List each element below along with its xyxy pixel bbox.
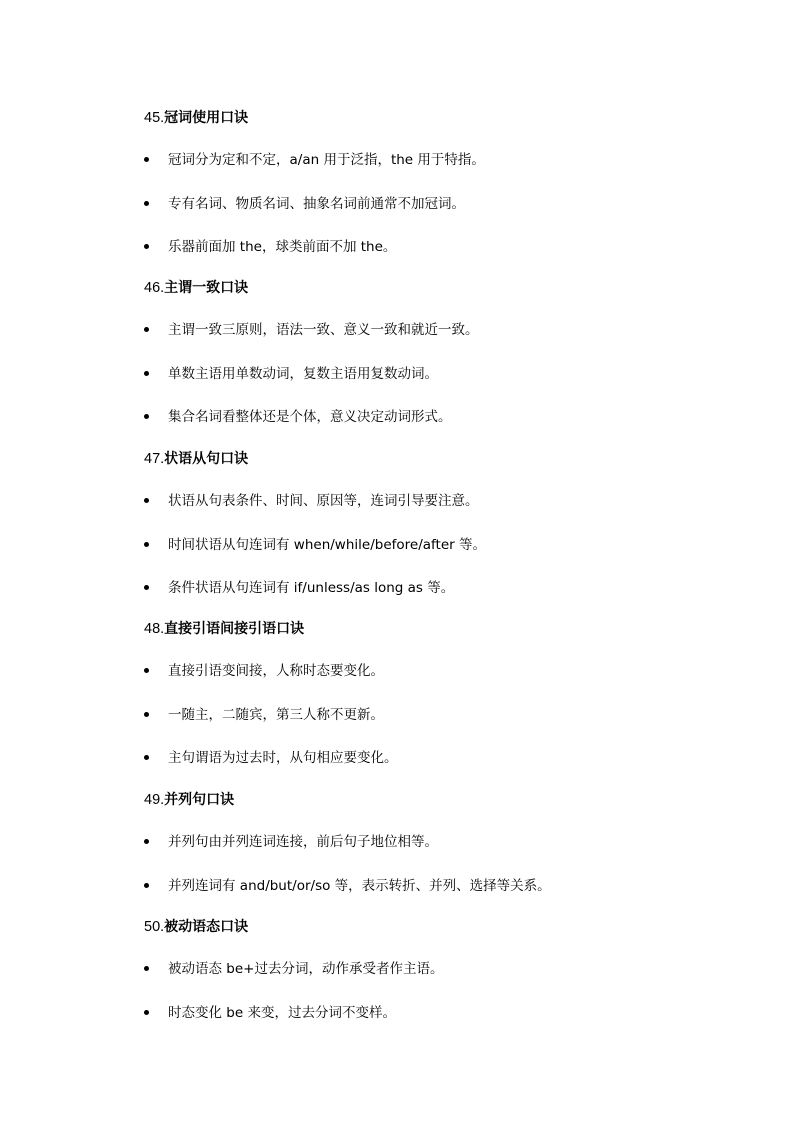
list-item-text: 主句谓语为过去时，从句相应要变化。 (168, 748, 398, 768)
list-item-text: 专有名词、物质名词、抽象名词前通常不加冠词。 (168, 194, 465, 214)
section-heading: 50.被动语态口诀 (144, 917, 248, 937)
document-page: 45.冠词使用口诀 冠词分为定和不定，a/an 用于泛指，the 用于特指。 专… (0, 0, 794, 1123)
list-item-text: 时态变化 be 来变，过去分词不变样。 (168, 1003, 396, 1023)
list-item-text: 时间状语从句连词有 when/while/before/after 等。 (168, 535, 486, 555)
bullet-icon (144, 585, 149, 590)
list-item-text: 并列句由并列连词连接，前后句子地位相等。 (168, 832, 438, 852)
bullet-icon (144, 1010, 149, 1015)
section-title: 直接引语间接引语口诀 (164, 621, 304, 637)
list-item-text: 主谓一致三原则，语法一致、意义一致和就近一致。 (168, 320, 479, 340)
section-number: 46. (144, 280, 164, 296)
list-item-text: 冠词分为定和不定，a/an 用于泛指，the 用于特指。 (168, 150, 485, 170)
section-title: 并列句口诀 (164, 792, 234, 808)
section-heading: 47.状语从句口诀 (144, 449, 248, 469)
section-heading: 49.并列句口诀 (144, 790, 234, 810)
list-item-text: 条件状语从句连词有 if/unless/as long as 等。 (168, 578, 454, 598)
list-item-text: 集合名词看整体还是个体，意义决定动词形式。 (168, 407, 452, 427)
bullet-icon (144, 244, 149, 249)
section-title: 状语从句口诀 (164, 451, 248, 467)
section-number: 47. (144, 451, 164, 467)
list-item-text: 被动语态 be+过去分词，动作承受者作主语。 (168, 959, 443, 979)
bullet-icon (144, 201, 149, 206)
list-item-text: 单数主语用单数动词，复数主语用复数动词。 (168, 364, 438, 384)
bullet-icon (144, 157, 149, 162)
section-number: 48. (144, 621, 164, 637)
list-item-text: 一随主，二随宾，第三人称不更新。 (168, 705, 384, 725)
section-title: 被动语态口诀 (164, 919, 248, 935)
section-number: 49. (144, 792, 164, 808)
list-item-text: 并列连词有 and/but/or/so 等，表示转折、并列、选择等关系。 (168, 876, 551, 896)
section-heading: 46.主谓一致口诀 (144, 278, 248, 298)
bullet-icon (144, 712, 149, 717)
bullet-icon (144, 414, 149, 419)
bullet-icon (144, 542, 149, 547)
bullet-icon (144, 327, 149, 332)
bullet-icon (144, 755, 149, 760)
section-number: 45. (144, 110, 164, 126)
bullet-icon (144, 371, 149, 376)
bullet-icon (144, 498, 149, 503)
section-heading: 45.冠词使用口诀 (144, 108, 248, 128)
section-number: 50. (144, 919, 164, 935)
section-title: 主谓一致口诀 (164, 280, 248, 296)
bullet-icon (144, 668, 149, 673)
bullet-icon (144, 839, 149, 844)
list-item-text: 乐器前面加 the，球类前面不加 the。 (168, 237, 396, 257)
list-item-text: 直接引语变间接，人称时态要变化。 (168, 661, 384, 681)
list-item-text: 状语从句表条件、时间、原因等，连词引导要注意。 (168, 491, 479, 511)
section-heading: 48.直接引语间接引语口诀 (144, 619, 304, 639)
bullet-icon (144, 883, 149, 888)
bullet-icon (144, 966, 149, 971)
section-title: 冠词使用口诀 (164, 110, 248, 126)
